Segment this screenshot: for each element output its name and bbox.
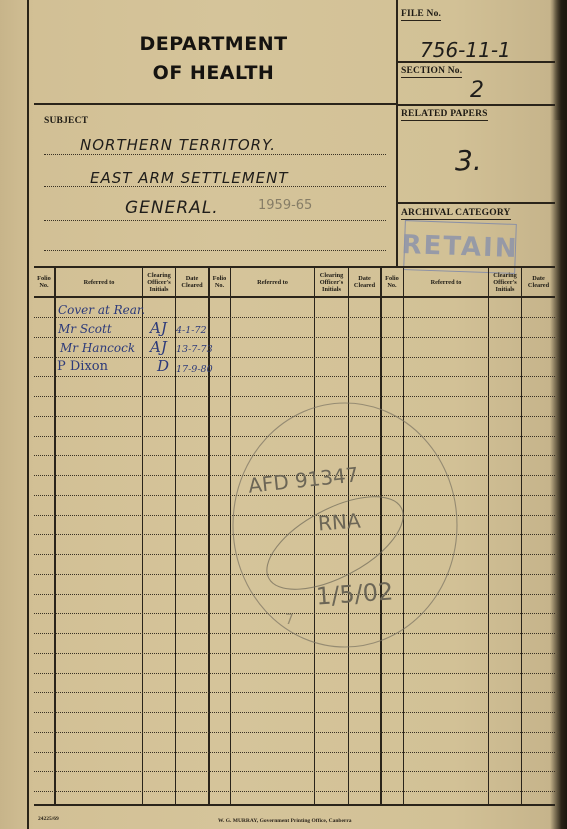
row-rule (34, 712, 555, 713)
row-rule (34, 357, 555, 358)
archival-category-label: ARCHIVAL CATEGORY (401, 208, 511, 220)
department-title-line1: DEPARTMENT (30, 33, 397, 55)
col-folio-no-3: Folio No. (381, 268, 403, 296)
section-no-label: SECTION No. (401, 66, 462, 78)
entry-4-referred-to: P Dixon (57, 359, 108, 374)
col-referred-to-2: Referred to (231, 268, 314, 296)
entry-2-date: 4-1-72 (176, 325, 207, 336)
subject-label: SUBJECT (44, 116, 88, 126)
row-rule (34, 771, 555, 772)
file-no-value: 756-11-1 (420, 38, 511, 62)
col-referred-to-3: Referred to (404, 268, 488, 296)
column-rule (521, 267, 522, 805)
subject-rule-3 (44, 220, 386, 221)
subject-line-1: NORTHERN TERRITORY. (80, 136, 276, 154)
row-rule (34, 673, 555, 674)
col-folio-no-1: Folio No. (34, 268, 54, 296)
header-row-rule (34, 296, 555, 298)
subject-rule-4 (44, 250, 386, 251)
entry-4-initials: D (157, 357, 169, 375)
section-no-value: 2 (470, 78, 484, 103)
row-rule (34, 376, 555, 377)
entry-3-date: 13-7-73 (176, 344, 213, 355)
col-date-cleared-3: Date Cleared (522, 268, 555, 296)
col-date-cleared-1: Date Cleared (176, 268, 208, 296)
file-no-divider (398, 61, 555, 63)
subject-line-3: GENERAL. (125, 198, 219, 218)
subject-rule-1 (44, 154, 386, 155)
column-rule (142, 267, 143, 805)
entry-1-referred-to: Cover at Rear. (58, 303, 145, 317)
pencil-note-initials: RNA (317, 509, 361, 536)
retain-stamp-text: RETAIN (401, 230, 519, 264)
row-rule (34, 732, 555, 733)
col-initials-3: Clearing Officer's Initials (489, 268, 521, 296)
department-title-line2: OF HEALTH (30, 62, 397, 84)
row-rule (34, 752, 555, 753)
row-rule (34, 337, 555, 338)
entry-2-initials: AJ (150, 319, 167, 337)
entry-4-date: 17-9-80 (176, 364, 213, 375)
cover-fold-line (27, 0, 29, 829)
form-number: 24225/69 (38, 816, 59, 822)
subject-pencil-date: 1959-65 (258, 198, 312, 213)
subject-rule-2 (44, 186, 386, 187)
pencil-note-mark: 7 (285, 612, 294, 628)
row-rule (34, 317, 555, 318)
header-divider (34, 103, 397, 105)
printer-imprint: W. G. MURRAY, Government Printing Office… (218, 818, 352, 824)
column-rule (54, 267, 56, 805)
column-rule (488, 267, 489, 805)
related-papers-value: 3. (455, 144, 482, 177)
col-referred-to-1: Referred to (56, 268, 142, 296)
row-rule (34, 692, 555, 693)
file-no-label: FILE No. (401, 9, 441, 21)
related-divider (398, 202, 555, 204)
entry-2-referred-to: Mr Scott (58, 322, 112, 336)
pencil-note-date: 1/5/02 (315, 577, 394, 610)
right-panel-divider (396, 0, 398, 267)
entry-3-referred-to: Mr Hancock (60, 341, 135, 355)
section-divider (398, 104, 555, 106)
col-initials-1: Clearing Officer's Initials (143, 268, 175, 296)
col-initials-2: Clearing Officer's Initials (315, 268, 348, 296)
table-bottom-border (34, 804, 555, 806)
col-date-cleared-2: Date Cleared (349, 268, 380, 296)
subject-line-2: EAST ARM SETTLEMENT (90, 169, 289, 187)
entry-3-initials: AJ (150, 338, 167, 356)
col-folio-no-2: Folio No. (209, 268, 230, 296)
row-rule (34, 791, 555, 792)
related-papers-label: RELATED PAPERS (401, 109, 488, 121)
